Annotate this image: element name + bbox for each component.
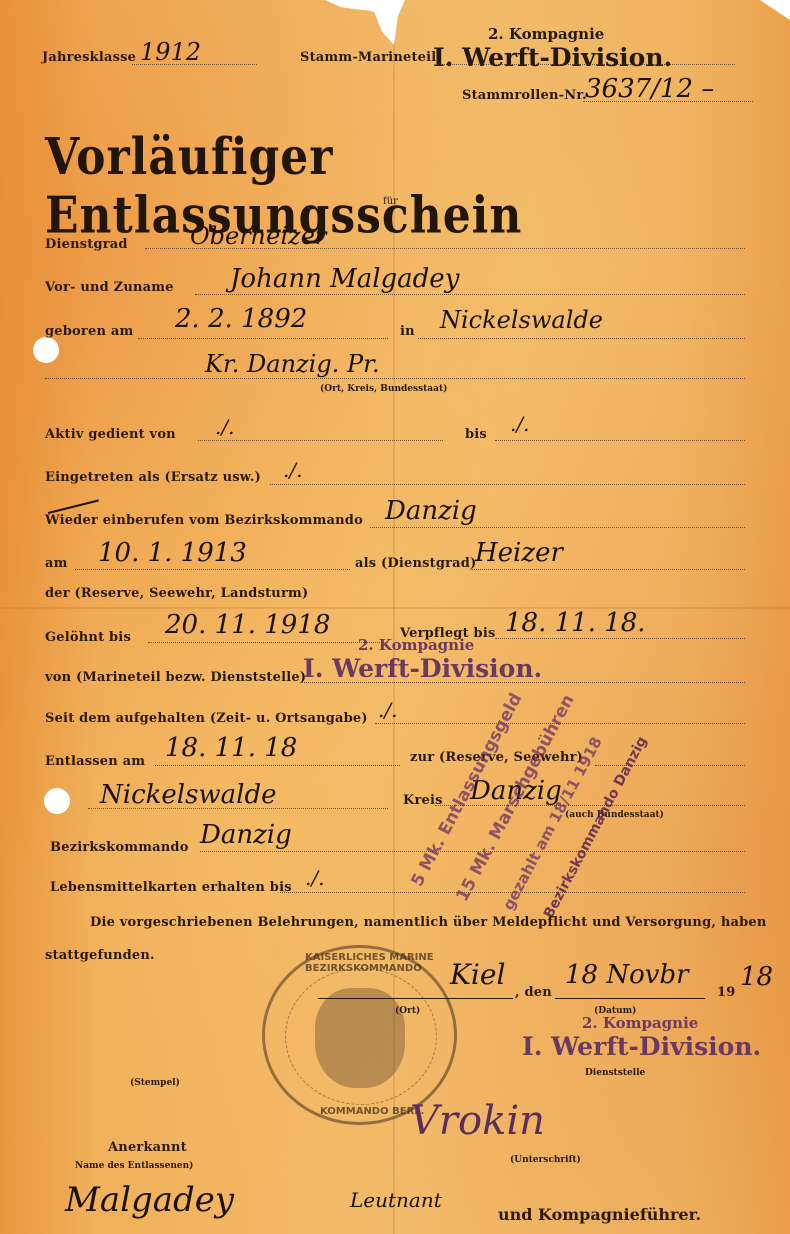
dienstgrad-label: Dienstgrad: [45, 237, 128, 252]
entlassen-line: [155, 765, 400, 766]
title-subtitle: für: [383, 196, 398, 207]
bezirkskommando-label: Bezirkskommando: [50, 840, 189, 855]
von-unit-stamp: 2. Kompagnie I. Werft-Division.: [303, 636, 542, 683]
year-prefix: 19: [717, 985, 736, 1000]
bezirkskommando-line: [200, 851, 745, 852]
zur-line: [595, 765, 745, 766]
aktiv-von-value: ./.: [215, 415, 234, 439]
document-title: Vorläufiger Entlassungsschein: [45, 128, 790, 245]
seal-text-top: KAISERLICHES MARINE BEZIRKSKOMMANDO: [305, 952, 454, 974]
ort-kreis-caption: (Ort, Kreis, Bundesstaat): [320, 384, 447, 394]
dienststelle-stamp-company: 2. Kompagnie: [582, 1014, 761, 1032]
stamm-marineteil-line: [440, 64, 735, 65]
jahresklasse-label: Jahresklasse: [42, 50, 136, 65]
stammrollen-value: 3637/12 –: [585, 74, 714, 104]
von-line: [300, 682, 745, 683]
lebensmittel-label: Lebensmittelkarten erhalten bis: [50, 880, 292, 895]
eagle-emblem-icon: [315, 988, 405, 1088]
entlassen-label: Entlassen am: [45, 754, 145, 769]
stammrollen-label: Stammrollen-Nr.: [462, 88, 587, 103]
header-stamp-company: 2. Kompagnie: [488, 25, 672, 43]
als-value: Heizer: [475, 538, 563, 568]
von-stamp-company: 2. Kompagnie: [358, 636, 542, 654]
geburtsort-line: [418, 338, 745, 339]
geboren-value: 2. 2. 1892: [175, 304, 307, 334]
einberufen-line: [370, 527, 745, 528]
dienststelle-caption: Dienststelle: [585, 1068, 645, 1078]
als-line: [470, 569, 745, 570]
unterschrift-caption: (Unterschrift): [510, 1155, 581, 1165]
name-label: Vor- und Zuname: [45, 280, 174, 295]
name-entlassenen-caption: Name des Entlassenen): [75, 1161, 193, 1171]
wohnort-value: Nickelswalde: [100, 780, 277, 810]
name-value: Johann Malgadey: [230, 264, 459, 294]
stamm-marineteil-label: Stamm-Marineteil: [300, 50, 436, 65]
header-stamp-division: I. Werft-Division.: [433, 43, 672, 72]
reserve-label: der (Reserve, Seewehr, Landsturm): [45, 586, 308, 601]
name-line: [195, 294, 745, 295]
eingetreten-value: ./.: [283, 458, 302, 482]
bundesstaat-caption: (auch Bundesstaat): [565, 810, 664, 820]
seit-label: Seit dem aufgehalten (Zeit- u. Ortsangab…: [45, 711, 368, 726]
ort-caption: (Ort): [395, 1006, 420, 1016]
dienstgrad-line: [145, 248, 745, 249]
kreis-line-value: Kr. Danzig. Pr.: [205, 350, 380, 378]
aktiv-label: Aktiv gedient von: [45, 427, 176, 442]
ort-value: Kiel: [450, 958, 505, 991]
eingetreten-line: [270, 484, 745, 485]
anerkannt-label: Anerkannt: [108, 1140, 187, 1155]
rank-suffix: und Kompagnieführer.: [498, 1205, 701, 1224]
lebensmittel-value: ./.: [305, 866, 324, 890]
jahresklasse-line: [132, 64, 257, 65]
aktiv-bis-line: [495, 440, 745, 441]
year-value: 18: [740, 962, 773, 992]
fold-crease-horizontal: [0, 607, 790, 609]
bis-label: bis: [465, 427, 487, 442]
punch-hole-top: [33, 337, 59, 363]
als-label: als (Dienstgrad): [355, 556, 476, 571]
geboren-label: geboren am: [45, 324, 133, 339]
von-stamp-division: I. Werft-Division.: [303, 654, 542, 683]
einberufen-value: Danzig: [385, 496, 477, 526]
jahresklasse-value: 1912: [140, 38, 201, 66]
dienststelle-stamp-division: I. Werft-Division.: [522, 1032, 761, 1061]
rank-value: Leutnant: [350, 1188, 442, 1212]
geboren-line: [138, 338, 388, 339]
stempel-caption: (Stempel): [130, 1078, 180, 1088]
datum-value: 18 Novbr: [565, 960, 689, 990]
bezirkskommando-value: Danzig: [200, 820, 292, 850]
in-label: in: [400, 324, 415, 339]
officer-signature: Vrokin: [410, 1098, 545, 1144]
discharged-signature: Malgadey: [65, 1180, 234, 1220]
ort-line: [318, 998, 513, 999]
aktiv-bis-value: ./.: [510, 412, 529, 436]
seal-text-bottom: KOMMANDO BERL.: [320, 1106, 424, 1117]
notice-line-1: Die vorgeschriebenen Belehrungen, nament…: [90, 915, 767, 930]
am-value: 10. 1. 1913: [98, 538, 247, 568]
kreis-line: [45, 378, 745, 379]
wohnort-line: [88, 808, 388, 809]
aktiv-von-line: [198, 440, 443, 441]
von-label: von (Marineteil bezw. Dienststelle): [45, 670, 306, 685]
dienststelle-unit-stamp: 2. Kompagnie I. Werft-Division.: [562, 1014, 761, 1061]
geloehnt-label: Gelöhnt bis: [45, 630, 131, 645]
stammrollen-line: [583, 101, 753, 102]
geburtsort-value: Nickelswalde: [440, 306, 603, 334]
den-label: , den: [515, 985, 552, 1000]
kreis-field-line: [435, 805, 745, 806]
punch-hole-bottom: [44, 788, 70, 814]
entlassen-value: 18. 11. 18: [165, 733, 297, 763]
am-line: [75, 569, 350, 570]
seit-value: ./.: [378, 698, 397, 722]
am-label: am: [45, 556, 68, 571]
eingetreten-label: Eingetreten als (Ersatz usw.): [45, 470, 261, 485]
dienstgrad-value: Oberheizer: [190, 222, 326, 250]
datum-line: [555, 998, 705, 999]
verpflegt-value: 18. 11. 18.: [505, 608, 646, 638]
notice-line-2: stattgefunden.: [45, 948, 155, 963]
